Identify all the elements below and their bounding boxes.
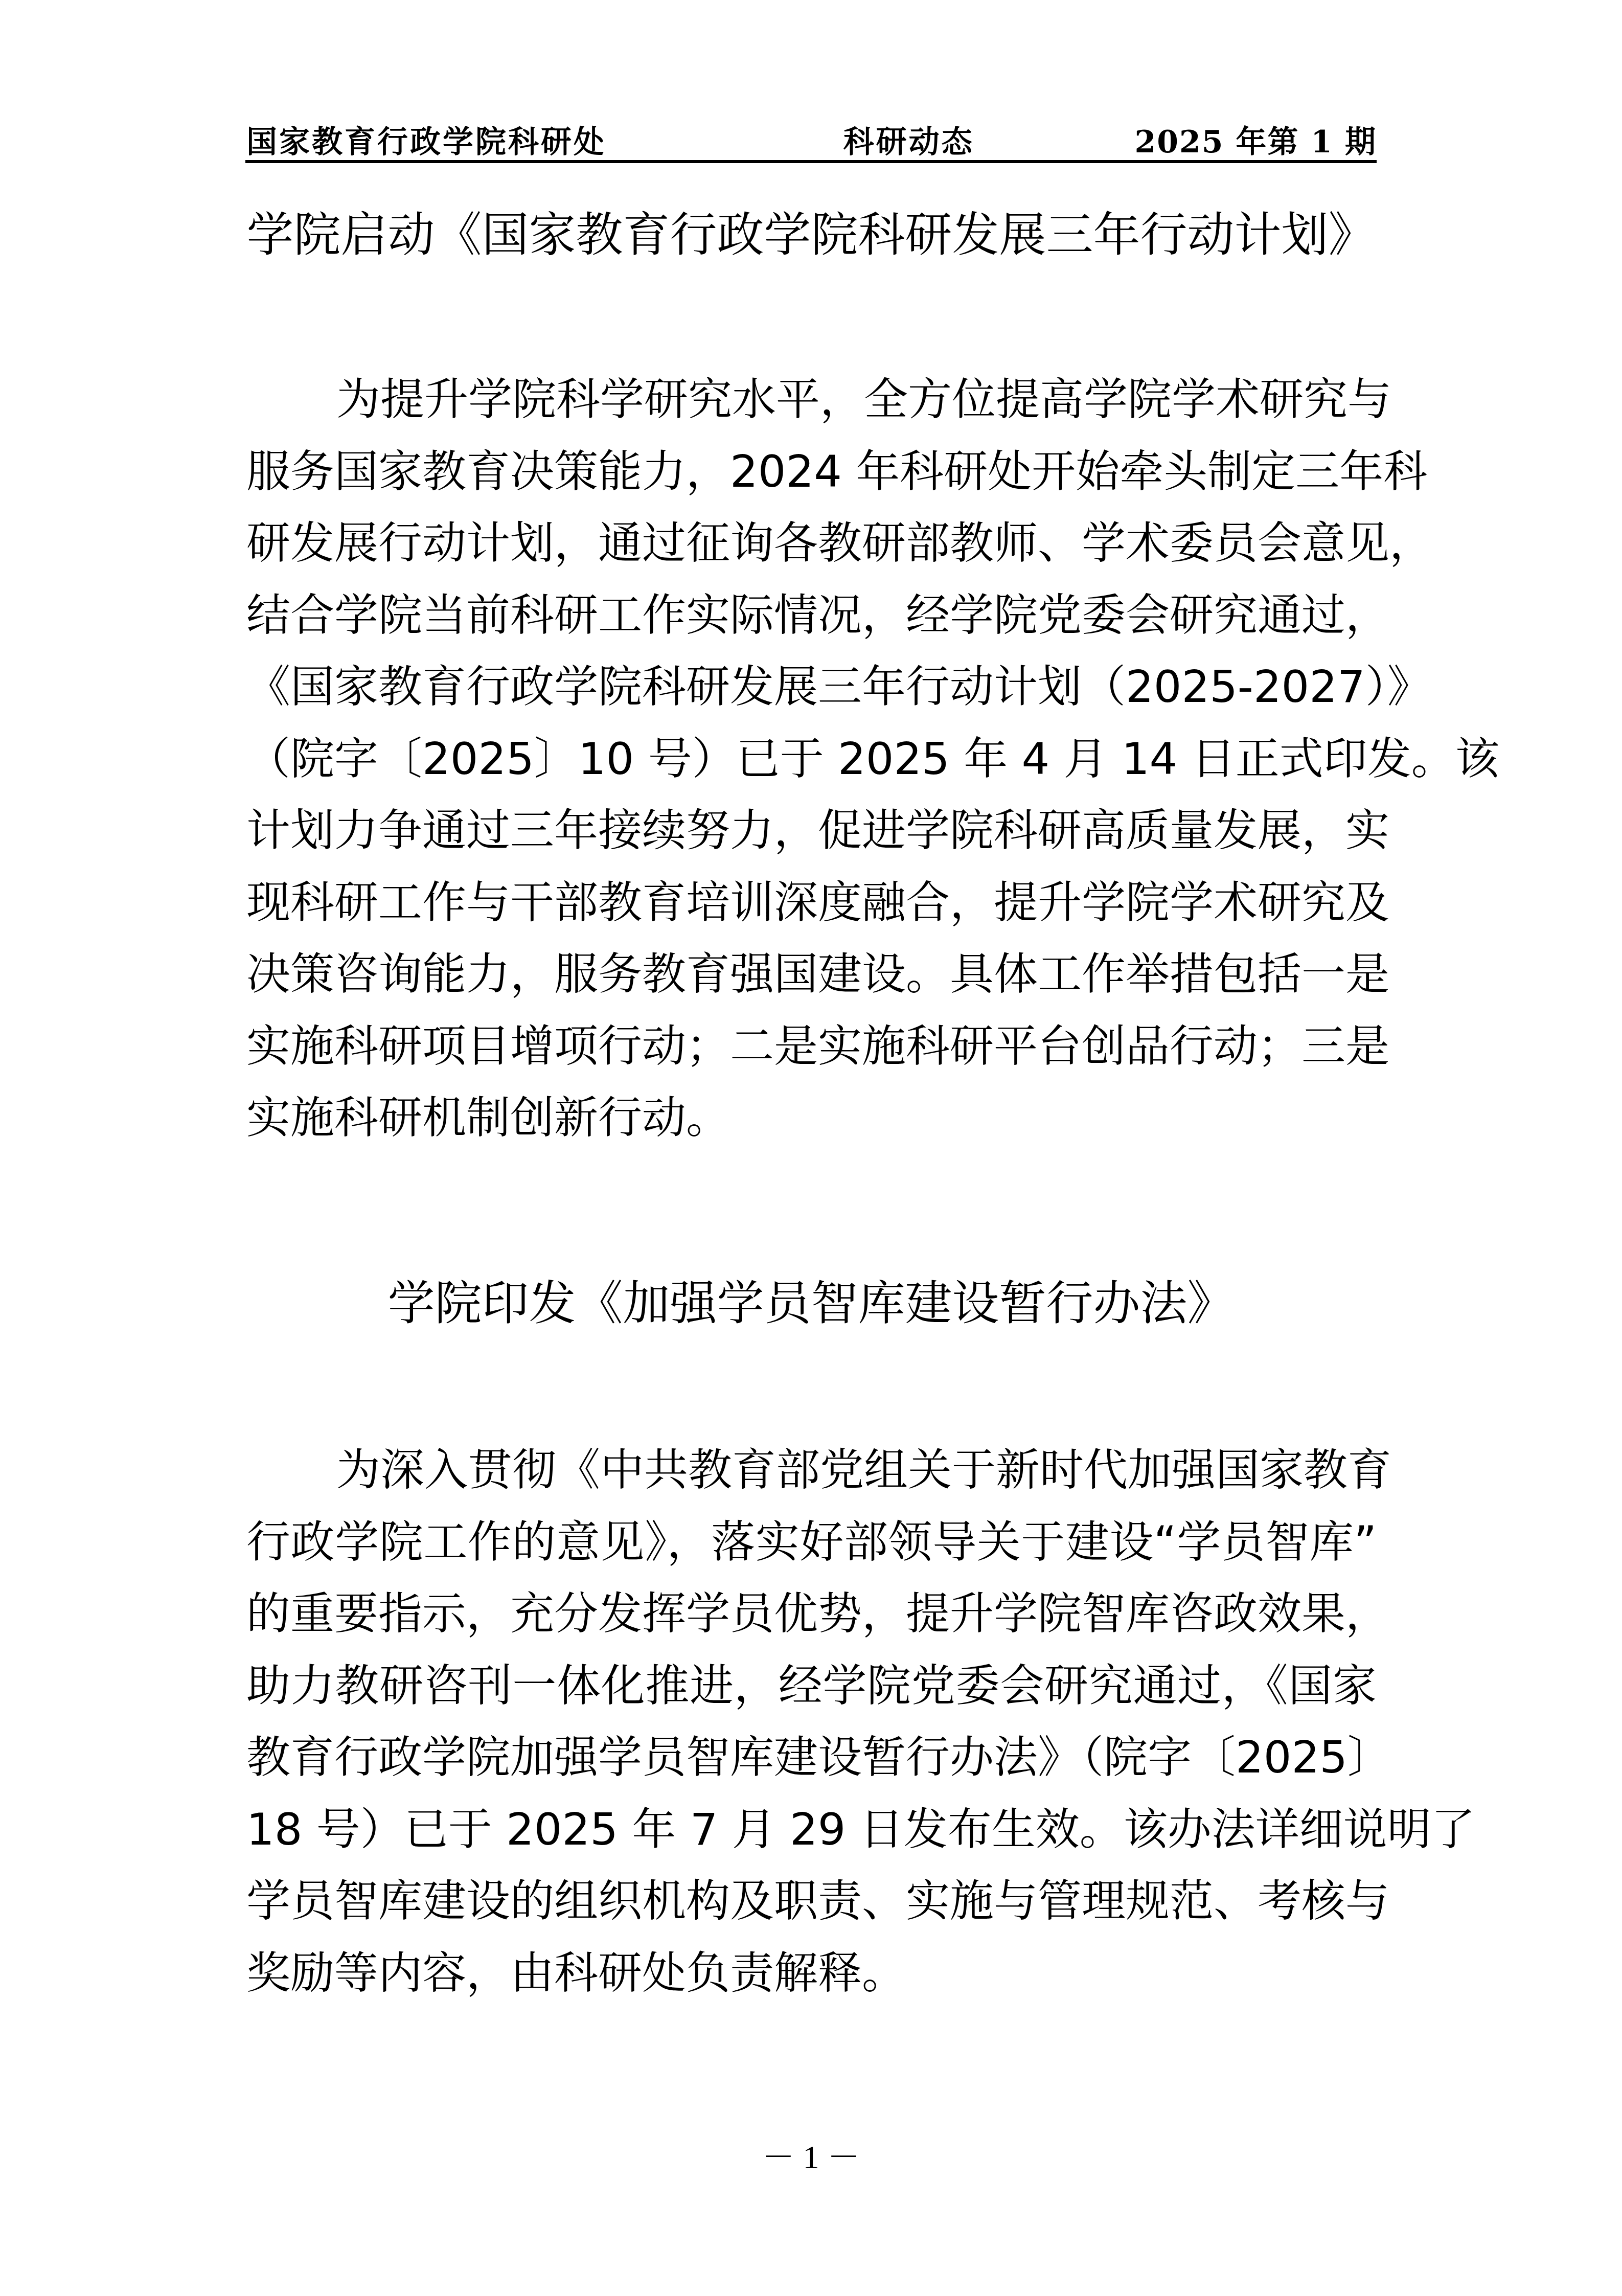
- body-line: 为提升学院科学研究水平，全方位提高学院学术研究与: [246, 364, 1377, 436]
- body-line: 决策咨询能力，服务教育强国建设。具体工作举措包括一是: [246, 939, 1377, 1011]
- body-line: 教育行政学院加强学员智库建设暂行办法》（院字〔2025〕: [246, 1722, 1377, 1794]
- article-1-body: 为提升学院科学研究水平，全方位提高学院学术研究与 服务国家教育决策能力，2024…: [246, 364, 1377, 1154]
- header-publication: 科研动态: [843, 127, 974, 157]
- body-line: 实施科研项目增项行动；二是实施科研平台创品行动；三是: [246, 1011, 1377, 1083]
- body-line: 现科研工作与干部教育培训深度融合，提升学院学术研究及: [246, 867, 1377, 939]
- article-1-title: 学院启动《国家教育行政学院科研发展三年行动计划》: [245, 210, 1377, 261]
- page-number: － 1 －: [0, 2137, 1622, 2178]
- body-line: 服务国家教育决策能力，2024 年科研处开始牵头制定三年科: [246, 436, 1377, 508]
- body-line: 《国家教育行政学院科研发展三年行动计划（2025-2027）》: [246, 651, 1377, 723]
- document-page: 国家教育行政学院科研处 科研动态 2025 年第 1 期 学院启动《国家教育行政…: [0, 0, 1622, 2296]
- body-line: 助力教研咨刊一体化推进，经学院党委会研究通过，《国家: [246, 1650, 1377, 1722]
- body-line: 学员智库建设的组织机构及职责、实施与管理规范、考核与: [246, 1866, 1377, 1938]
- body-line: 的重要指示，充分发挥学员优势，提升学院智库咨政效果，: [246, 1578, 1377, 1650]
- header-rule: [245, 160, 1377, 163]
- body-line: 计划力争通过三年接续努力，促进学院科研高质量发展，实: [246, 795, 1377, 867]
- header-issue: 2025 年第 1 期: [1135, 127, 1377, 157]
- header-organization: 国家教育行政学院科研处: [246, 127, 606, 157]
- body-line: （院字〔2025〕10 号）已于 2025 年 4 月 14 日正式印发。该: [246, 723, 1377, 795]
- body-line: 实施科研机制创新行动。: [246, 1082, 1377, 1154]
- body-line: 行政学院工作的意见》，落实好部领导关于建设“学员智库”: [246, 1507, 1377, 1579]
- body-line: 为深入贯彻《中共教育部党组关于新时代加强国家教育: [246, 1435, 1377, 1507]
- body-line: 结合学院当前科研工作实际情况，经学院党委会研究通过，: [246, 580, 1377, 652]
- article-2-title: 学院印发《加强学员智库建设暂行办法》: [245, 1278, 1377, 1329]
- body-line: 研发展行动计划，通过征询各教研部教师、学术委员会意见，: [246, 508, 1377, 580]
- running-header: 国家教育行政学院科研处 科研动态 2025 年第 1 期: [246, 111, 1377, 157]
- article-2-body: 为深入贯彻《中共教育部党组关于新时代加强国家教育 行政学院工作的意见》，落实好部…: [246, 1435, 1377, 2009]
- body-line: 奖励等内容，由科研处负责解释。: [246, 1938, 1377, 2010]
- body-line: 18 号）已于 2025 年 7 月 29 日发布生效。该办法详细说明了: [246, 1794, 1377, 1866]
